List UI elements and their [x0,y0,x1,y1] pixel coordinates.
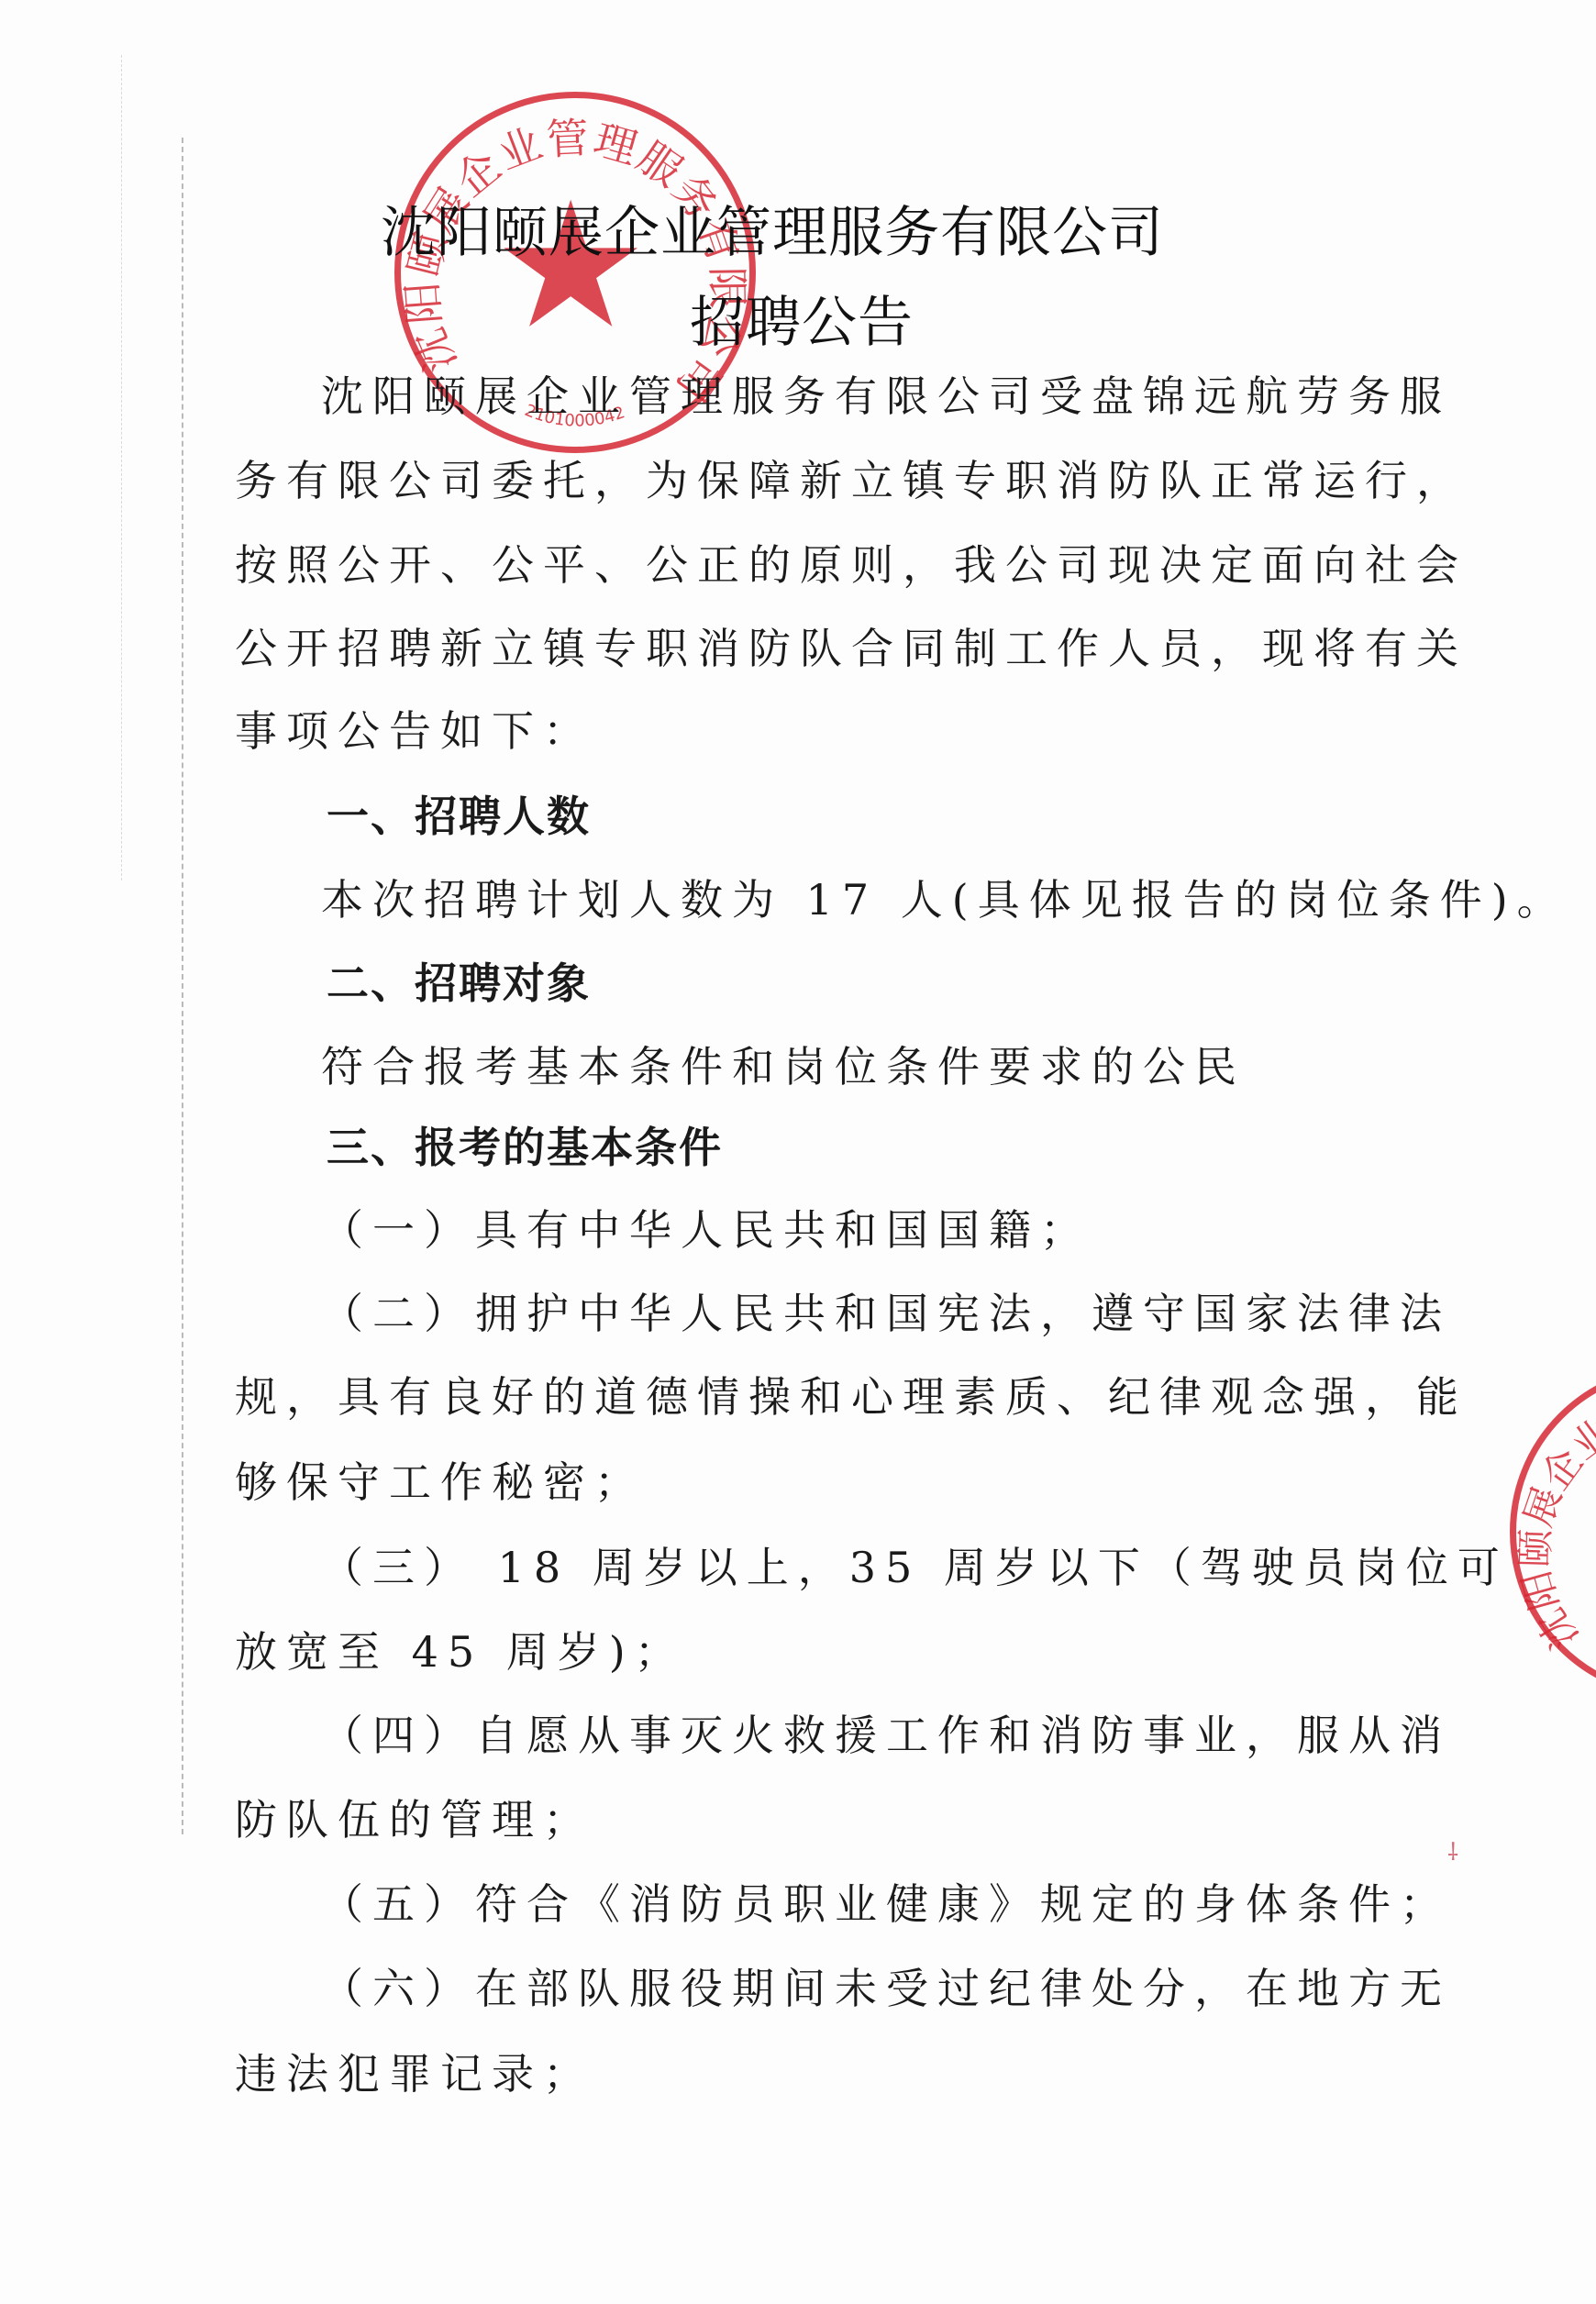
section-body: 本次招聘计划人数为 17 人(具体见报告的岗位条件)。 [321,872,1468,927]
condition-item: 够保守工作秘密； [235,1455,1381,1510]
condition-item: （一）具有中华人民共和国国籍； [321,1202,1468,1257]
intro-line: 沈阳颐展企业管理服务有限公司受盘锦远航劳务服 [321,369,1468,424]
condition-item: （四）自愿从事灭火救援工作和消防事业，服从消 [321,1708,1468,1763]
intro-line: 事项公告如下： [235,703,1381,759]
seal-ring-text: 沈阳颐展企业管理服务有限公司 [1516,1371,1596,1692]
condition-item: 防队伍的管理； [235,1792,1381,1847]
condition-item: 违法犯罪记录； [235,2046,1381,2101]
intro-line: 务有限公司委托，为保障新立镇专职消防队正常运行， [235,453,1381,508]
condition-item: （六）在部队服役期间未受过纪律处分，在地方无 [321,1961,1468,2016]
condition-item: 放宽至 45 周岁)； [235,1624,1381,1679]
intro-line: 按照公开、公平、公正的原则，我公司现决定面向社会 [235,537,1381,593]
scan-margin-artifact [121,55,122,881]
ink-speck: ⸸ [1447,1834,1458,1867]
section-heading-recruit-count: 一、招聘人数 [327,789,1473,844]
binding-margin-line [182,138,183,1834]
svg-text:沈阳颐展企业管理服务有限公司: 沈阳颐展企业管理服务有限公司 [1512,1388,1596,1657]
condition-item: （五）符合《消防员职业健康》规定的身体条件； [321,1877,1468,1932]
intro-line: 公开招聘新立镇专职消防队合同制工作人员，现将有关 [235,621,1381,676]
condition-item: （三） 18 周岁以上，35 周岁以下（驾驶员岗位可 [321,1540,1468,1595]
company-seal-partial: 沈阳颐展企业管理服务有限公司 [1510,1365,1596,1699]
section-heading-basic-conditions: 三、报考的基本条件 [327,1120,1473,1175]
document-title: 沈阳颐展企业管理服务有限公司 [0,189,1570,268]
section-heading-recruit-target: 二、招聘对象 [327,956,1473,1011]
document-subtitle: 招聘公告 [4,279,1596,358]
condition-item: （二）拥护中华人民共和国宪法，遵守国家法律法 [321,1286,1468,1341]
condition-item: 规，具有良好的道德情操和心理素质、纪律观念强，能 [235,1369,1381,1424]
section-body: 符合报考基本条件和岗位条件要求的公民 [321,1039,1468,1094]
